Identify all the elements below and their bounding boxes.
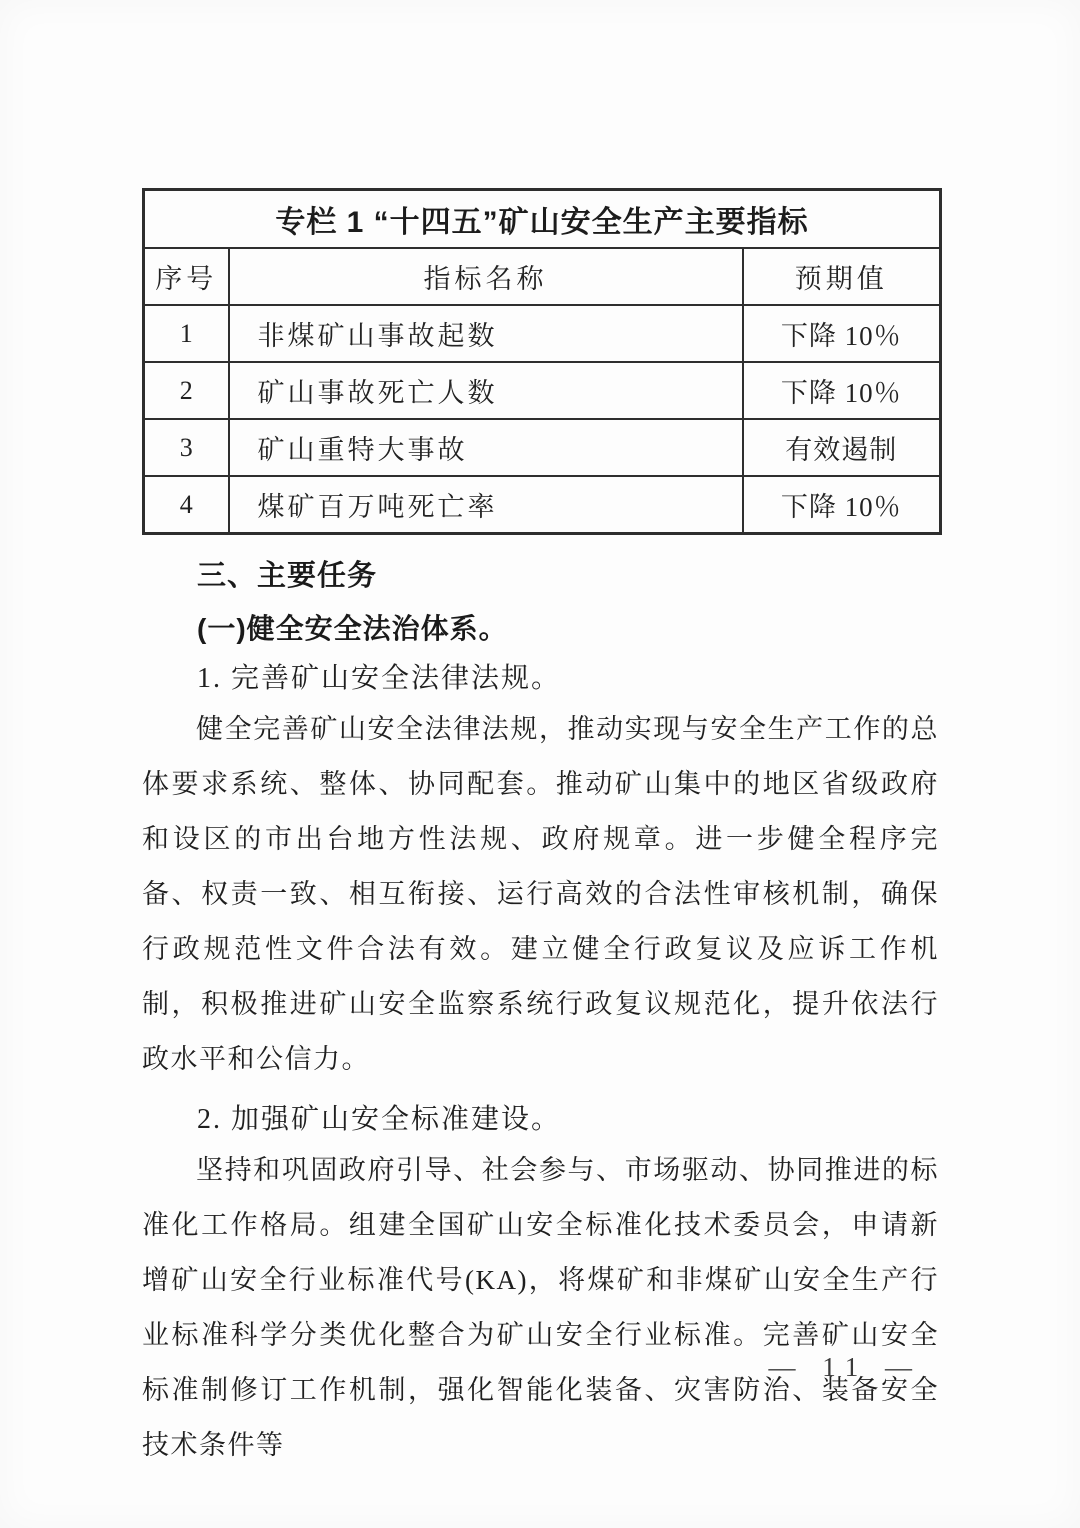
table-title: 专栏 1 “十四五”矿山安全生产主要指标 — [144, 190, 941, 249]
item-heading-1: 1. 完善矿山安全法律法规。 — [142, 662, 939, 696]
expected-value: 下降 10％ — [743, 362, 941, 419]
row-number: 2 — [144, 362, 229, 419]
page-number: — 11 — — [769, 1352, 923, 1383]
expected-value: 有效遏制 — [743, 419, 941, 476]
expected-value: 下降 10％ — [743, 305, 941, 362]
column-header-value: 预期值 — [743, 248, 941, 305]
indicator-table: 专栏 1 “十四五”矿山安全生产主要指标 序号 指标名称 预期值 1 非煤矿山事… — [142, 188, 942, 535]
item-heading-2: 2. 加强矿山安全标准建设。 — [142, 1103, 939, 1137]
row-number: 1 — [144, 305, 229, 362]
paragraph-2: 坚持和巩固政府引导、社会参与、市场驱动、协同推进的标准化工作格局。组建全国矿山安… — [142, 1143, 939, 1473]
section-heading: 三、主要任务 — [142, 559, 939, 594]
indicator-name: 矿山重特大事故 — [229, 419, 743, 476]
table-header-row: 序号 指标名称 预期值 — [144, 248, 941, 305]
table-row: 2 矿山事故死亡人数 下降 10％ — [144, 362, 941, 419]
table-title-row: 专栏 1 “十四五”矿山安全生产主要指标 — [144, 190, 941, 249]
subsection-heading: (一)健全安全法治体系。 — [142, 612, 939, 646]
paragraph-1: 健全完善矿山安全法律法规，推动实现与安全生产工作的总体要求系统、整体、协同配套。… — [142, 702, 939, 1087]
document-content: 专栏 1 “十四五”矿山安全生产主要指标 序号 指标名称 预期值 1 非煤矿山事… — [142, 188, 939, 1473]
table-row: 3 矿山重特大事故 有效遏制 — [144, 419, 941, 476]
indicator-name: 煤矿百万吨死亡率 — [229, 476, 743, 534]
column-header-no: 序号 — [144, 248, 229, 305]
row-number: 4 — [144, 476, 229, 534]
indicator-name: 非煤矿山事故起数 — [229, 305, 743, 362]
row-number: 3 — [144, 419, 229, 476]
indicator-name: 矿山事故死亡人数 — [229, 362, 743, 419]
expected-value: 下降 10％ — [743, 476, 941, 534]
document-page: 专栏 1 “十四五”矿山安全生产主要指标 序号 指标名称 预期值 1 非煤矿山事… — [0, 0, 1080, 1528]
column-header-name: 指标名称 — [229, 248, 743, 305]
table-row: 4 煤矿百万吨死亡率 下降 10％ — [144, 476, 941, 534]
table-row: 1 非煤矿山事故起数 下降 10％ — [144, 305, 941, 362]
